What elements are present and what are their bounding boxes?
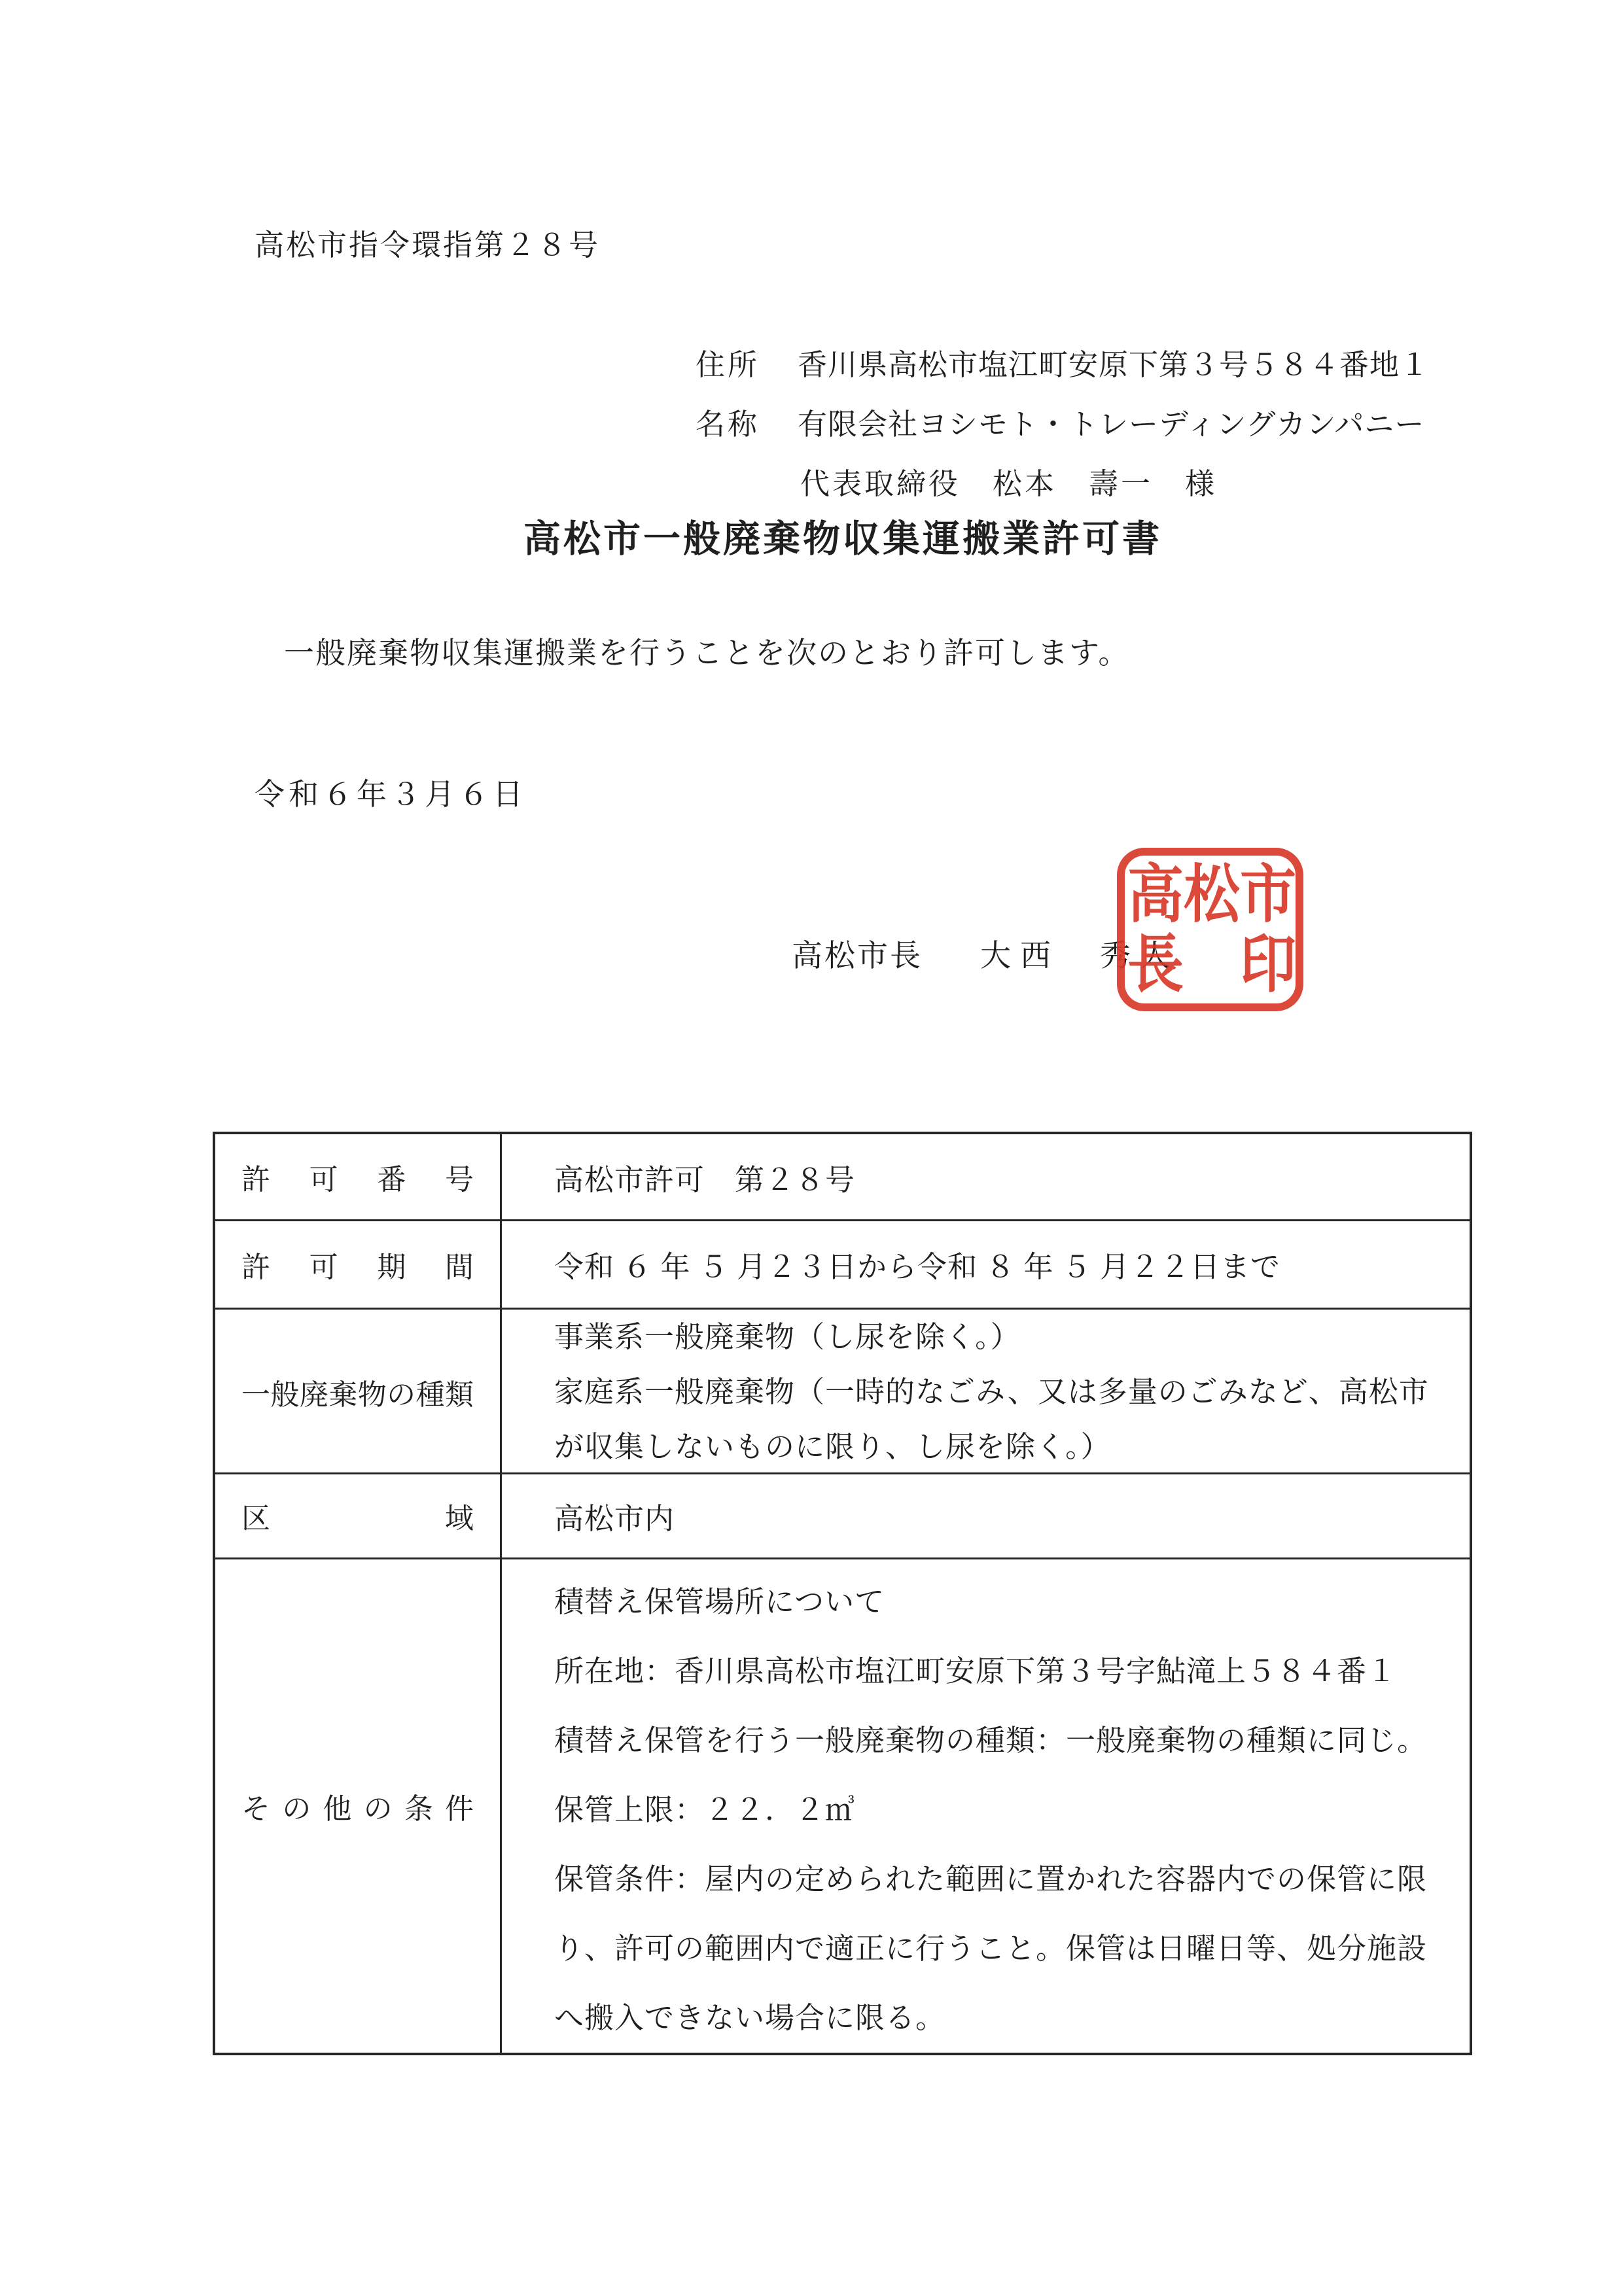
seal-character: 高 [1127,863,1184,926]
row-value-permit-number: 高松市許可 第２８号 [502,1134,1470,1219]
recipient-address-value: 香川県高松市塩江町安原下第３号５８４番地１ [798,341,1430,383]
issue-date: 令和６年３月６日 [255,771,527,814]
recipient-name-line: 名称 有限会社ヨシモト・トレーディングカンパニー [696,392,1430,451]
row-value-permit-period: 令和 ６ 年 ５ 月２３日から令和 ８ 年 ５ 月２２日まで [502,1221,1470,1307]
seal-character: 印 [1240,933,1296,996]
row-value-waste-types: 事業系一般廃棄物（し尿を除く。） 家庭系一般廃棄物（一時的なごみ、又は多量のごみ… [502,1310,1470,1474]
row-header-label: 区域 [241,1495,474,1537]
seal-character: 松 [1184,863,1240,926]
permit-statement: 一般廃棄物収集運搬業を行うことを次のとおり許可します。 [284,629,1129,672]
recipient-representative: 代表取締役 松本 壽一 様 [800,460,1217,502]
cell-text: 事業系一般廃棄物（し尿を除く。） [554,1310,1440,1365]
cell-text: 保管条件：屋内の定められた範囲に置かれた容器内での保管に限り、許可の範囲内で適正… [554,1845,1440,2053]
row-header-label: その他の条件 [241,1785,474,1827]
cell-text: 保管上限：２２．２㎥ [554,1775,1440,1845]
waste-collection-permit-document: 高松市指令環指第２８号 住所 香川県高松市塩江町安原下第３号５８４番地１ 名称 … [0,0,1624,2296]
cell-text: 高松市許可 第２８号 [554,1156,1440,1198]
recipient-name-label: 名称 [696,400,760,443]
mayor-red-seal: 高 松 市 長 印 [1117,848,1303,1011]
row-header-label: 一般廃棄物の種類 [241,1371,474,1413]
row-header-label: 許可番号 [241,1156,474,1198]
row-header-label: 許可期間 [241,1244,474,1285]
table-row-waste-types: 一般廃棄物の種類 事業系一般廃棄物（し尿を除く。） 家庭系一般廃棄物（一時的なご… [215,1308,1470,1472]
permit-details-table: 許可番号 高松市許可 第２８号 許可期間 令和 ６ 年 ５ 月２３日から令和 ８… [213,1132,1472,2055]
seal-character: 市 [1240,863,1296,926]
row-header-permit-period: 許可期間 [215,1221,502,1307]
cell-text: 所在地：香川県高松市塩江町安原下第３号字鮎滝上５８４番１ [554,1637,1440,1706]
recipient-block: 住所 香川県高松市塩江町安原下第３号５８４番地１ 名称 有限会社ヨシモト・トレー… [696,332,1430,511]
table-row-permit-period: 許可期間 令和 ６ 年 ５ 月２３日から令和 ８ 年 ５ 月２２日まで [215,1219,1470,1307]
cell-text: 積替え保管を行う一般廃棄物の種類：一般廃棄物の種類に同じ。 [554,1706,1440,1775]
cell-text: 令和 ６ 年 ５ 月２３日から令和 ８ 年 ５ 月２２日まで [554,1243,1440,1285]
recipient-address-label: 住所 [696,341,760,383]
row-header-waste-types: 一般廃棄物の種類 [215,1310,502,1474]
row-header-area: 区域 [215,1474,502,1558]
cell-text: 高松市内 [554,1495,1440,1537]
recipient-representative-line: 代表取締役 松本 壽一 様 [696,451,1430,511]
seal-row-bottom: 長 印 [1127,930,1293,1000]
table-row-area: 区域 高松市内 [215,1472,1470,1558]
recipient-name-value: 有限会社ヨシモト・トレーディングカンパニー [798,400,1424,443]
cell-text: 積替え保管場所について [554,1567,1440,1637]
page-title: 高松市一般廃棄物収集運搬業許可書 [523,509,1162,563]
row-value-area: 高松市内 [502,1474,1470,1558]
recipient-address-line: 住所 香川県高松市塩江町安原下第３号５８４番地１ [696,332,1430,392]
cell-text: 家庭系一般廃棄物（一時的なごみ、又は多量のごみなど、高松市が収集しないものに限り… [554,1365,1440,1474]
table-row-other-conditions: その他の条件 積替え保管場所について 所在地：香川県高松市塩江町安原下第３号字鮎… [215,1557,1470,2053]
row-value-other-conditions: 積替え保管場所について 所在地：香川県高松市塩江町安原下第３号字鮎滝上５８４番１… [502,1559,1470,2053]
seal-row-top: 高 松 市 [1127,860,1293,930]
row-header-permit-number: 許可番号 [215,1134,502,1219]
table-row-permit-number: 許可番号 高松市許可 第２８号 [215,1134,1470,1219]
issuer-title: 高松市長 [792,931,923,975]
row-header-other-conditions: その他の条件 [215,1559,502,2053]
seal-character: 長 [1127,933,1184,996]
document-number: 高松市指令環指第２８号 [255,221,600,264]
